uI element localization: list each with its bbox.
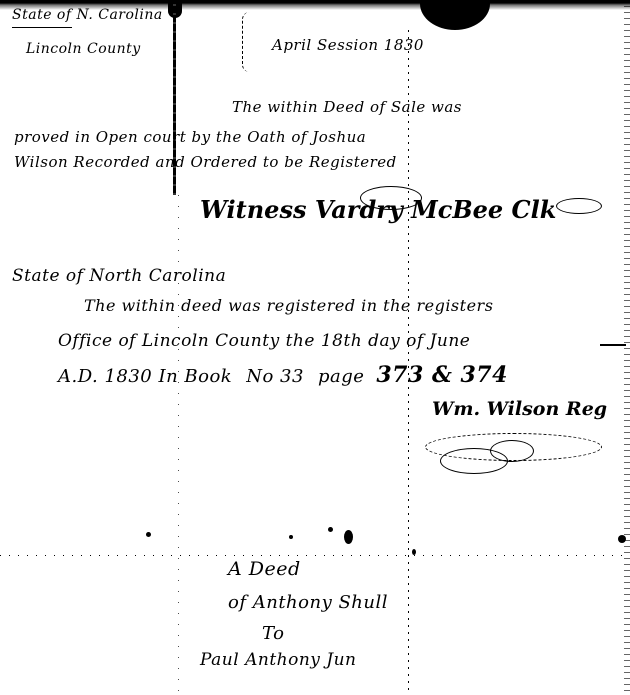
ink-blot [420,0,490,30]
underline [12,27,72,28]
ink-speck [412,549,416,555]
page-label: page [318,366,364,387]
registration-text-line: The within deed was registered in the re… [84,298,493,314]
county-heading: Lincoln County [26,42,141,56]
book-page-line: A.D. 1830 In Book No 33 page 373 & 374 [58,364,508,387]
brace-mark [242,12,257,72]
ink-speck [289,535,293,539]
state-heading: State of N. Carolina [12,8,163,22]
endorsement-line: Paul Anthony Jun [200,652,357,669]
signature-flourish [360,186,422,210]
fold-line-horizontal [0,555,630,556]
probate-text-line: Wilson Recorded and Ordered to be Regist… [14,155,397,170]
ink-speck [344,530,353,544]
endorsement-line: of Anthony Shull [228,594,388,612]
registration-text-line: A.D. 1830 In Book [58,366,232,387]
ink-speck [618,535,626,543]
signature-flourish [556,198,602,214]
registrar-signature: Wm. Wilson Reg [432,400,607,419]
scan-edge-noise [624,0,630,695]
signature-flourish [490,440,534,462]
endorsement-line: A Deed [228,560,301,579]
underline [600,344,626,346]
ink-speck [146,532,151,537]
registration-text-line: Office of Lincoln County the 18th day of… [58,333,470,350]
book-number: No 33 [246,366,304,387]
ink-speck [328,527,333,532]
state-heading: State of North Carolina [12,268,226,285]
probate-text-line: proved in Open court by the Oath of Josh… [14,130,366,145]
page-numbers: 373 & 374 [376,362,508,388]
session-date: April Session 1830 [272,38,424,53]
probate-text-line: The within Deed of Sale was [232,100,462,115]
endorsement-line: To [262,625,284,643]
scanned-deed-page: State of N. Carolina Lincoln County Apri… [0,0,630,695]
